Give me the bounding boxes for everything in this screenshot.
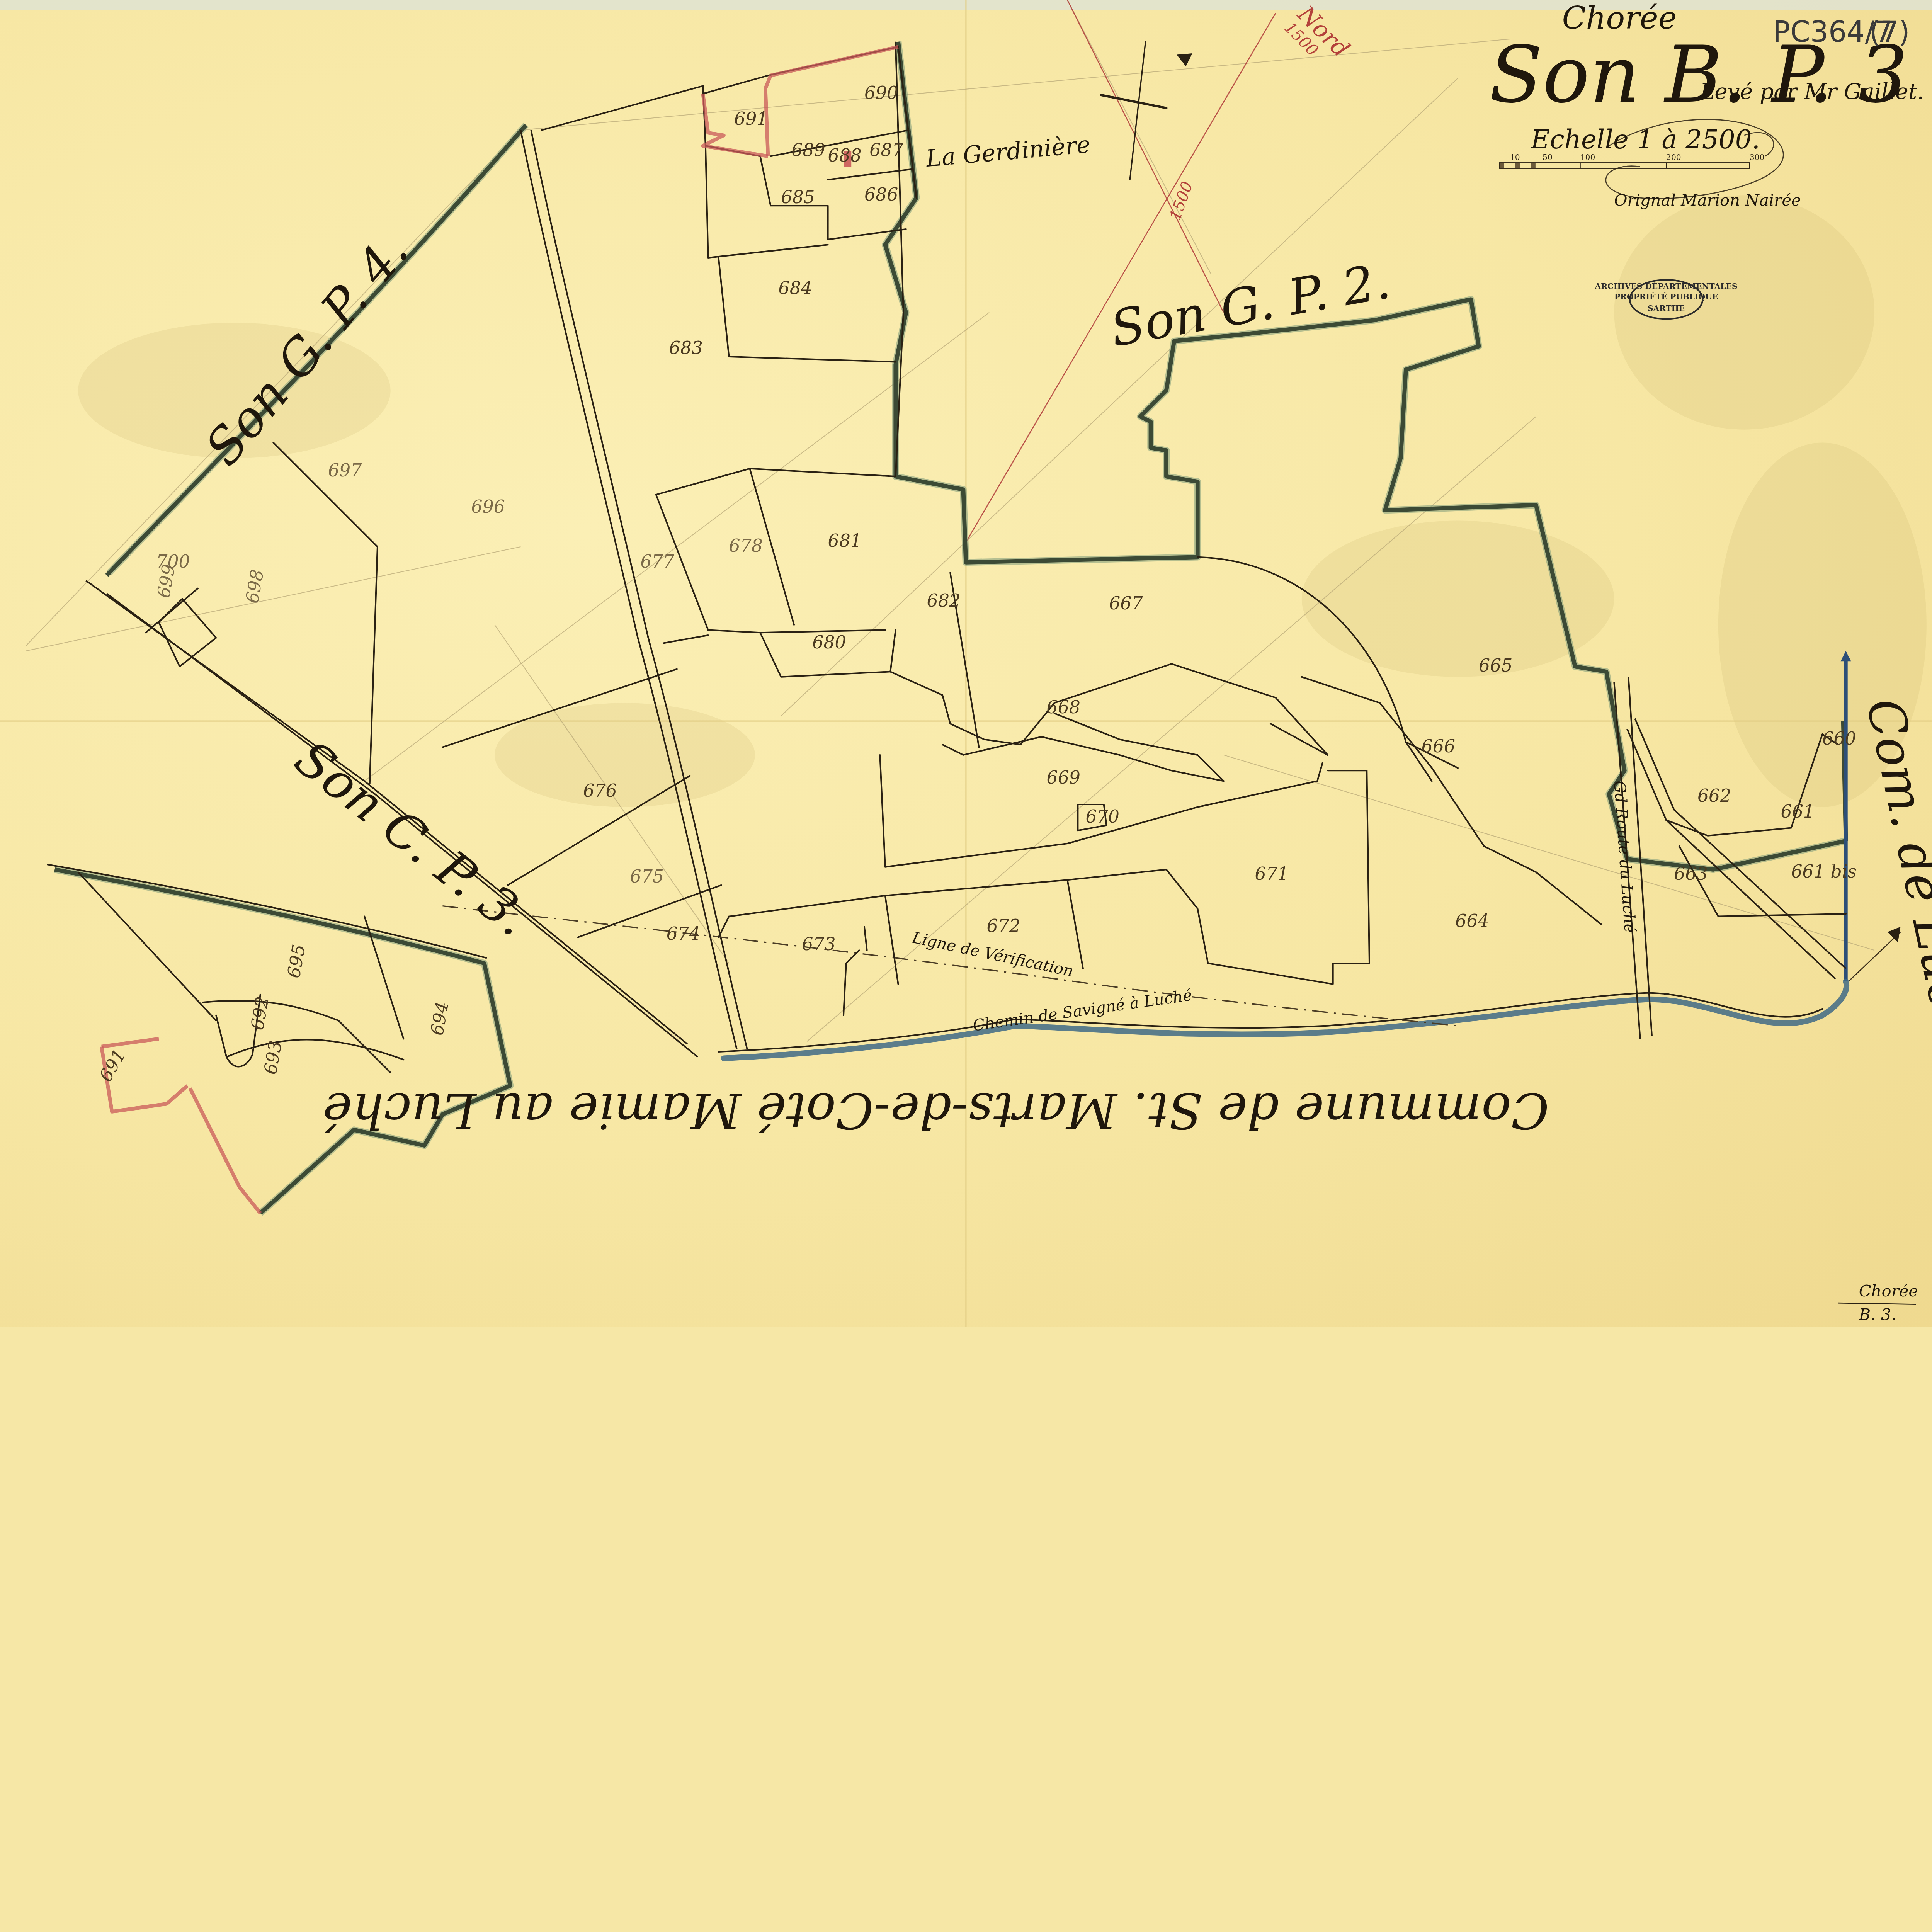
parcel-688: 688 bbox=[828, 145, 862, 166]
parcel-684: 684 bbox=[779, 277, 812, 298]
parcel-675: 675 bbox=[630, 866, 664, 887]
parcel-669: 669 bbox=[1047, 767, 1080, 788]
scale-tick: 300 bbox=[1750, 153, 1765, 162]
parcel-666: 666 bbox=[1422, 736, 1455, 757]
parcel-697: 697 bbox=[328, 460, 362, 481]
parcel-678: 678 bbox=[729, 535, 763, 556]
parcel-660: 660 bbox=[1822, 728, 1856, 749]
parcel-682: 682 bbox=[927, 590, 961, 611]
parcel-670: 670 bbox=[1086, 806, 1119, 827]
parcel-663: 663 bbox=[1674, 863, 1708, 884]
parcel-690: 690 bbox=[864, 82, 898, 103]
scale-tick: 10 bbox=[1510, 153, 1520, 162]
parcel-672: 672 bbox=[987, 915, 1020, 936]
parcel-676: 676 bbox=[583, 780, 617, 801]
label-commune-luche: Com. de Luché bbox=[1855, 694, 1932, 1073]
title-block: Chorée Son B. P. 3 Levé par Mr Gaillet. … bbox=[1489, 0, 1924, 209]
surveyor-note: Levé par Mr Gaillet. bbox=[1700, 79, 1924, 104]
parcel-694: 694 bbox=[426, 1000, 452, 1037]
parcel-687: 687 bbox=[869, 139, 903, 160]
signature: Orignal Marion Nairée bbox=[1614, 190, 1801, 209]
label-commune-south: Commune de St. Marts-de-Coté Mamie au Lu… bbox=[323, 1082, 1549, 1139]
footer-section: B. 3. bbox=[1859, 1305, 1896, 1324]
map-canvas: 1500 Nord 1500 bbox=[0, 0, 1932, 1327]
svg-text:PROPRIÉTÉ PUBLIQUE: PROPRIÉTÉ PUBLIQUE bbox=[1614, 292, 1718, 301]
parcel-691b: 691 bbox=[95, 1046, 130, 1085]
parcel-681: 681 bbox=[828, 530, 862, 551]
parcel-695: 695 bbox=[283, 943, 309, 980]
cadastral-map-sheet: 1500 Nord 1500 bbox=[0, 0, 1932, 1327]
parcel-661bis: 661 bis bbox=[1791, 861, 1856, 882]
label-section-gp2: Son G. P. 2. bbox=[1106, 252, 1394, 358]
svg-text:SARTHE: SARTHE bbox=[1648, 304, 1685, 313]
parcel-667: 667 bbox=[1109, 593, 1143, 614]
scale-text: Echelle 1 à 2500. bbox=[1530, 124, 1760, 155]
parcel-673: 673 bbox=[802, 934, 835, 954]
verification-line bbox=[442, 906, 1458, 1026]
parcel-691: 691 bbox=[734, 108, 768, 129]
parcel-696: 696 bbox=[471, 496, 505, 517]
footer-label: Chorée B. 3. bbox=[1838, 1281, 1918, 1324]
parcel-662: 662 bbox=[1697, 785, 1731, 806]
parcel-674: 674 bbox=[667, 923, 700, 944]
archive-reference-index: (7) bbox=[1869, 15, 1910, 49]
parcel-698: 698 bbox=[241, 568, 268, 605]
parcel-686: 686 bbox=[864, 184, 898, 205]
parcel-677: 677 bbox=[640, 551, 674, 572]
scale-tick: 200 bbox=[1666, 153, 1681, 162]
parcel-668: 668 bbox=[1047, 697, 1080, 718]
scale-tick: 100 bbox=[1580, 153, 1595, 162]
parcel-689: 689 bbox=[791, 139, 825, 160]
parcel-685: 685 bbox=[781, 187, 815, 207]
parcel-664: 664 bbox=[1455, 910, 1489, 931]
parcel-665: 665 bbox=[1479, 655, 1512, 676]
scale-tick: 50 bbox=[1543, 153, 1553, 162]
label-la-gerdiniere: La Gerdinière bbox=[925, 131, 1092, 172]
parcel-700: 700 bbox=[156, 551, 190, 572]
parcel-683: 683 bbox=[669, 337, 703, 358]
parcel-671: 671 bbox=[1255, 863, 1289, 884]
footer-commune: Chorée bbox=[1859, 1281, 1918, 1300]
river bbox=[719, 981, 1847, 1058]
meridian-value: 1500 bbox=[1165, 179, 1196, 223]
parcel-680: 680 bbox=[812, 632, 846, 653]
parcel-661: 661 bbox=[1781, 801, 1815, 822]
svg-text:ARCHIVES DÉPARTEMENTALES: ARCHIVES DÉPARTEMENTALES bbox=[1595, 282, 1738, 291]
